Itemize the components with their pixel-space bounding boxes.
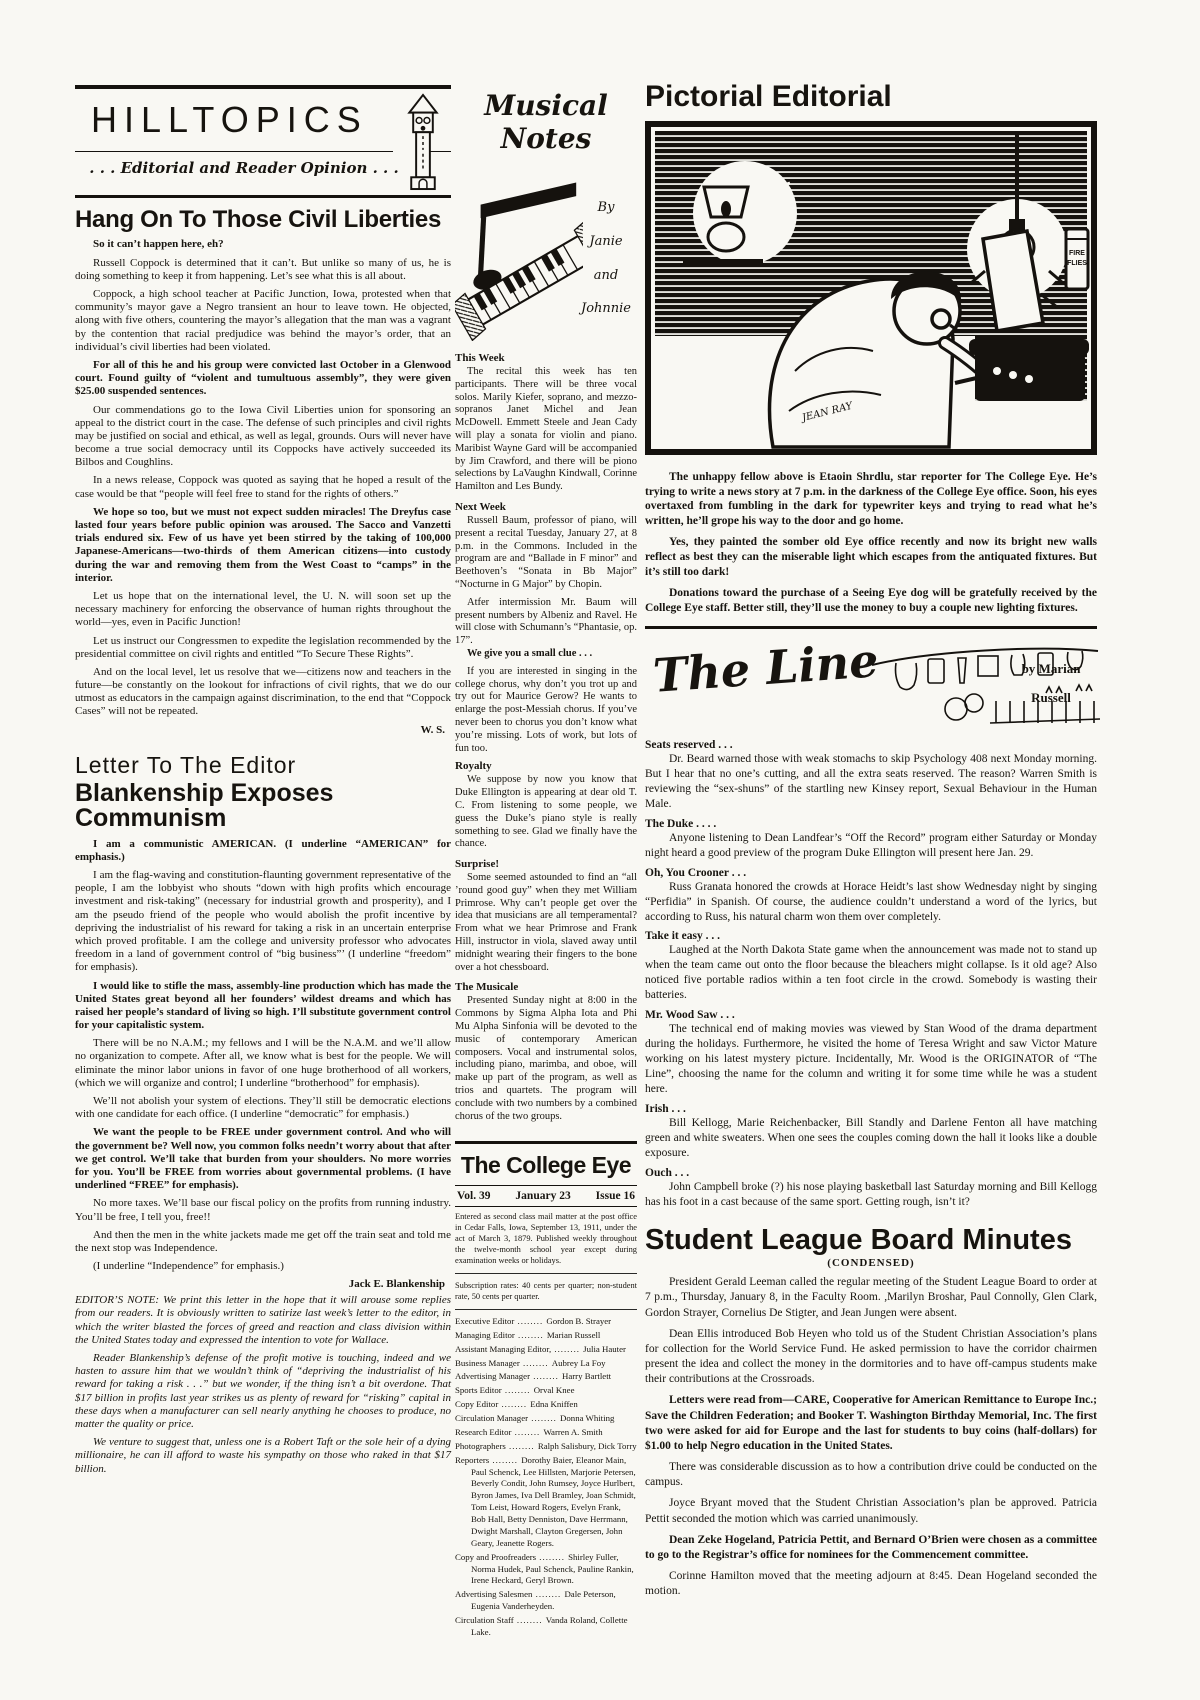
minutes-paragraph: Joyce Bryant moved that the Student Chri… — [645, 1496, 1097, 1526]
line-section-head: Seats reserved . . . — [645, 739, 1097, 751]
line-section-text: Laughed at the North Dakota State game w… — [645, 943, 1097, 1003]
editors-note-paragraph: Reader Blankenship’s defense of the prof… — [75, 1352, 451, 1431]
letter-signature: Jack E. Blankenship — [75, 1278, 445, 1290]
middle-column: Musical Notes — [455, 85, 637, 1641]
civil-paragraph: Coppock, a high school teacher at Pacifi… — [75, 288, 451, 354]
the-line-byline: by Marian Russell — [1005, 655, 1097, 712]
musical-paragraph: We give you a small clue . . . — [455, 648, 637, 661]
staff-entry: Circulation StaffVanda Roland, Collette … — [455, 1615, 637, 1639]
the-line-banner: The Line — [645, 626, 1097, 733]
line-section-text: Anyone listening to Dean Landfear’s “Off… — [645, 831, 1097, 861]
letter-paragraph: And then the men in the white jackets ma… — [75, 1229, 451, 1255]
college-eye-vol-row: Vol. 39 January 23 Issue 16 — [455, 1185, 637, 1207]
minutes-paragraph: Dean Ellis introduced Bob Heyen who told… — [645, 1327, 1097, 1388]
hilltopics-tagline: . . . Editorial and Reader Opinion . . . — [79, 159, 409, 177]
staff-value: Marian Russell — [547, 1330, 601, 1340]
line-section-text: Dr. Beard warned those with weak stomach… — [645, 752, 1097, 812]
section-head-next-week: Next Week — [455, 501, 637, 513]
staff-entry: Assistant Managing Editor,Julia Hauter — [455, 1344, 637, 1356]
subscription-notice: Subscription rates: 40 cents per quarter… — [455, 1276, 637, 1307]
staff-label: Sports Editor — [455, 1385, 534, 1395]
musical-paragraph: If you are interested in singing in the … — [455, 666, 637, 756]
line-section-head: Ouch . . . — [645, 1167, 1097, 1179]
line-section-head: Oh, You Crooner . . . — [645, 867, 1097, 879]
pictorial-editorial-illustration: FIRE FLIES JEAN RAY — [645, 121, 1097, 455]
staff-value: Aubrey La Foy — [552, 1358, 606, 1368]
line-section-head: The Duke . . . . — [645, 818, 1097, 830]
staff-value: Orval Knee — [534, 1385, 575, 1395]
divider — [455, 1309, 637, 1310]
staff-value: Dorothy Baier, Eleanor Main, Paul Schenc… — [471, 1455, 636, 1548]
staff-entry: Advertising SalesmenDale Peterson, Eugen… — [455, 1589, 637, 1613]
staff-value: Julia Hauter — [583, 1344, 626, 1354]
letter-paragraph: I would like to stifle the mass, assembl… — [75, 980, 451, 1033]
byline-russell: Russell — [1005, 684, 1097, 713]
letter-kicker: Letter To The Editor — [75, 752, 451, 779]
line-section-head: Take it easy . . . — [645, 930, 1097, 942]
staff-entry: Research EditorWarren A. Smith — [455, 1427, 637, 1439]
hilltopics-masthead: HILLTOPICS . . . Editorial and Reader Op… — [75, 85, 451, 198]
staff-entry: Advertising ManagerHarry Bartlett — [455, 1371, 637, 1383]
civil-paragraph: Let us hope that on the international le… — [75, 590, 451, 630]
minutes-paragraph: Dean Zeke Hogeland, Patricia Pettit, and… — [645, 1533, 1097, 1563]
entered-notice: Entered as second class mail matter at t… — [455, 1207, 637, 1271]
staff-entry: Sports EditorOrval Knee — [455, 1385, 637, 1397]
civil-lead: So it can’t happen here, eh? — [75, 238, 451, 251]
line-section-text: The technical end of making movies was v… — [645, 1022, 1097, 1097]
editors-note-paragraph: EDITOR’S NOTE: We print this letter in t… — [75, 1294, 451, 1347]
hilltopics-title: HILLTOPICS — [91, 99, 451, 141]
civil-liberties-headline: Hang On To Those Civil Liberties — [75, 208, 451, 232]
byline-marian: by Marian — [1005, 655, 1097, 684]
line-section-text: John Campbell broke (?) his nose playing… — [645, 1180, 1097, 1210]
staff-entry: ReportersDorothy Baier, Eleanor Main, Pa… — [455, 1455, 637, 1550]
civil-signature: W. S. — [75, 724, 445, 736]
minutes-headline: Student League Board Minutes — [645, 1226, 1097, 1256]
section-head-royalty: Royalty — [455, 760, 637, 772]
left-column: HILLTOPICS . . . Editorial and Reader Op… — [75, 85, 451, 1481]
divider — [455, 1273, 637, 1274]
pictorial-paragraph: Yes, they painted the somber old Eye off… — [645, 535, 1097, 580]
civil-paragraph: Our commendations go to the Iowa Civil L… — [75, 404, 451, 470]
staff-label: Executive Editor — [455, 1316, 546, 1326]
issue-date: January 23 — [515, 1190, 570, 1202]
musical-notes-title: Musical Notes — [455, 89, 637, 155]
issue-number: Issue 16 — [596, 1190, 635, 1202]
pictorial-paragraph: Donations toward the purchase of a Seein… — [645, 586, 1097, 616]
staff-value: Edna Kniffen — [530, 1399, 577, 1409]
staff-label: Business Manager — [455, 1358, 552, 1368]
letter-paragraph: I am the flag-waving and constitution-fl… — [75, 869, 451, 975]
civil-paragraph: And on the local level, let us resolve t… — [75, 666, 451, 719]
staff-label: Advertising Manager — [455, 1371, 562, 1381]
staff-entry: Copy EditorEdna Kniffen — [455, 1399, 637, 1411]
civil-paragraph: Let us instruct our Congressmen to exped… — [75, 635, 451, 661]
civil-paragraph: Russell Coppock is determined that it ca… — [75, 257, 451, 283]
musical-notes-illustration: By Janie and Johnnie — [455, 157, 637, 345]
staff-label: Copy and Proofreaders — [455, 1552, 568, 1562]
musical-notes-byline: By Janie and Johnnie — [575, 191, 637, 326]
jar-label-flies: FLIES — [1067, 260, 1087, 267]
piano-keyboard-note-icon — [455, 157, 583, 341]
staff-entry: Executive EditorGordon B. Strayer — [455, 1316, 637, 1328]
byline-janie: Janie — [575, 225, 637, 259]
staff-entry: Business ManagerAubrey La Foy — [455, 1358, 637, 1370]
civil-paragraph: We hope so too, but we must not expect s… — [75, 506, 451, 585]
staff-label: Reporters — [455, 1455, 521, 1465]
college-eye-title: The College Eye — [455, 1152, 637, 1179]
minutes-paragraph: Corinne Hamilton moved that the meeting … — [645, 1569, 1097, 1599]
musical-paragraph: We suppose by now you know that Duke Ell… — [455, 774, 637, 851]
staff-label: Research Editor — [455, 1427, 543, 1437]
staff-entry: Copy and ProofreadersShirley Fuller, Nor… — [455, 1552, 637, 1588]
staff-entry: Circulation ManagerDonna Whiting — [455, 1413, 637, 1425]
letter-paragraph: We’ll not abolish your system of electio… — [75, 1095, 451, 1121]
section-head-surprise: Surprise! — [455, 858, 637, 870]
newspaper-page: HILLTOPICS . . . Editorial and Reader Op… — [0, 0, 1200, 1700]
letter-paragraph: We want the people to be FREE under gove… — [75, 1126, 451, 1192]
staff-list: Executive EditorGordon B. Strayer Managi… — [455, 1312, 637, 1639]
the-line-title: The Line — [651, 633, 880, 703]
jar-label-fire: FIRE — [1069, 250, 1085, 257]
pictorial-editorial-headline: Pictorial Editorial — [645, 82, 1097, 113]
staff-label: Assistant Managing Editor, — [455, 1344, 583, 1354]
staff-label: Copy Editor — [455, 1399, 530, 1409]
letter-paragraph: I am a communistic AMERICAN. (I underlin… — [75, 838, 451, 864]
masthead-rule — [75, 151, 393, 152]
civil-paragraph: For all of this he and his group were co… — [75, 359, 451, 399]
line-section-head: Mr. Wood Saw . . . — [645, 1009, 1097, 1021]
staff-entry: Managing EditorMarian Russell — [455, 1330, 637, 1342]
student-league-minutes: Student League Board Minutes (CONDENSED)… — [645, 1226, 1097, 1600]
staff-value: Harry Bartlett — [562, 1371, 611, 1381]
staff-value: Donna Whiting — [560, 1413, 614, 1423]
staff-value: Ralph Salisbury, Dick Torry — [538, 1441, 637, 1451]
campanile-tower-icon — [405, 93, 441, 191]
musical-paragraph: Presented Sunday night at 8:00 in the Co… — [455, 995, 637, 1123]
letter-headline: Blankenship Exposes Communism — [75, 781, 451, 832]
letter-paragraph: No more taxes. We’ll base our fiscal pol… — [75, 1197, 451, 1223]
byline-and: and — [575, 259, 637, 293]
section-head-this-week: This Week — [455, 352, 637, 364]
editors-note-paragraph: We venture to suggest that, unless one i… — [75, 1436, 451, 1476]
staff-value: Gordon B. Strayer — [546, 1316, 611, 1326]
minutes-paragraph: Letters were read from—CARE, Cooperative… — [645, 1393, 1097, 1454]
byline-by: By — [575, 191, 637, 225]
staff-label: Circulation Staff — [455, 1615, 546, 1625]
staff-value: Warren A. Smith — [543, 1427, 602, 1437]
staff-entry: PhotographersRalph Salisbury, Dick Torry — [455, 1441, 637, 1453]
musical-paragraph: The recital this week has ten participan… — [455, 366, 637, 494]
civil-paragraph: In a news release, Coppock was quoted as… — [75, 474, 451, 500]
byline-johnnie: Johnnie — [575, 292, 637, 326]
line-section-head: Irish . . . — [645, 1103, 1097, 1115]
staff-label: Photographers — [455, 1441, 538, 1451]
staff-label: Advertising Salesmen — [455, 1589, 564, 1599]
letter-paragraph: (I underline “Independence” for emphasis… — [75, 1260, 451, 1273]
pictorial-paragraph: The unhappy fellow above is Etaoin Shrdl… — [645, 470, 1097, 530]
musical-paragraph: Some seemed astounded to find an “all ’r… — [455, 872, 637, 974]
minutes-subtitle: (CONDENSED) — [645, 1257, 1097, 1269]
minutes-paragraph: President Gerald Leeman called the regul… — [645, 1275, 1097, 1321]
college-eye-masthead: The College Eye Vol. 39 January 23 Issue… — [455, 1141, 637, 1638]
section-head-musicale: The Musicale — [455, 981, 637, 993]
minutes-paragraph: There was considerable discussion as to … — [645, 1460, 1097, 1490]
right-column: Pictorial Editorial — [645, 82, 1097, 1605]
volume-number: Vol. 39 — [457, 1190, 490, 1202]
line-section-text: Russ Granata honored the crowds at Horac… — [645, 880, 1097, 925]
staff-label: Circulation Manager — [455, 1413, 560, 1423]
line-section-text: Bill Kellogg, Marie Reichenbacker, Bill … — [645, 1116, 1097, 1161]
musical-paragraph: Atfer intermission Mr. Baum will present… — [455, 597, 637, 648]
letter-paragraph: There will be no N.A.M.; my fellows and … — [75, 1037, 451, 1090]
musical-paragraph: Russell Baum, professor of piano, will p… — [455, 515, 637, 592]
staff-label: Managing Editor — [455, 1330, 547, 1340]
